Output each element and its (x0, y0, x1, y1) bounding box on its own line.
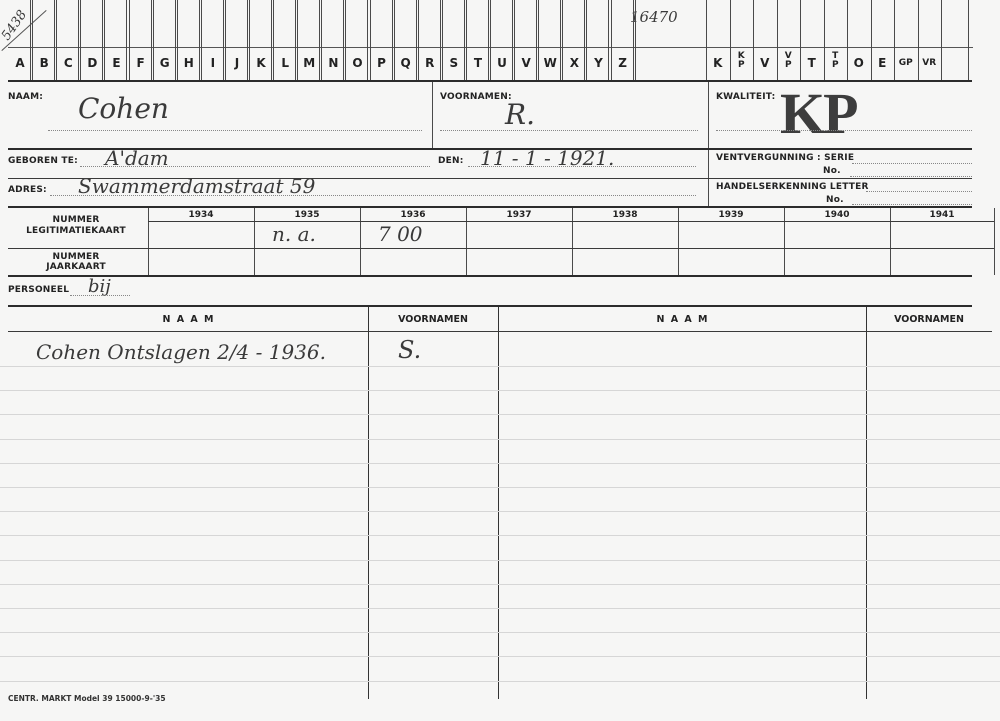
tab-divider (370, 0, 371, 80)
legitimatiekaart-1936: 7 00 (378, 222, 423, 246)
registry-divider (994, 208, 995, 275)
tab-divider (32, 0, 33, 80)
index-letter-h: H (177, 56, 201, 70)
year-1935: 1935 (254, 210, 360, 220)
ruled-line (0, 681, 1000, 682)
voornamen-label: VOORNAMEN: (440, 92, 512, 102)
year-1937: 1937 (466, 210, 572, 220)
index-letter-k: K (249, 56, 273, 70)
code-k: K (706, 56, 730, 70)
tab-divider (538, 0, 539, 80)
ruled-line (0, 511, 1000, 512)
tab-divider (418, 0, 419, 80)
den-line (468, 166, 696, 167)
tab-divider (490, 0, 491, 80)
year-1938: 1938 (572, 210, 678, 220)
index-letter-d: D (80, 56, 104, 70)
tab-divider (536, 0, 537, 80)
index-letter-p: P (370, 56, 394, 70)
label-line: JAARKAART (8, 262, 144, 272)
tab-divider (104, 0, 105, 80)
index-letter-n: N (321, 56, 345, 70)
kwaliteit-label: KWALITEIT: (716, 92, 775, 102)
col-naam-right: N A A M (498, 314, 866, 325)
index-letter-v: V (514, 56, 538, 70)
index-letter-w: W (538, 56, 562, 70)
tab-divider (80, 0, 81, 80)
handelserkenning-no-label: No. (826, 195, 844, 205)
divider (432, 82, 433, 148)
personnel-row-voornamen: S. (398, 336, 421, 364)
year-1941: 1941 (890, 210, 994, 220)
tab-divider (512, 0, 513, 80)
year-1940: 1940 (784, 210, 890, 220)
ventvergunning-no-label: No. (823, 166, 841, 176)
tab-divider (635, 0, 636, 80)
tab-divider (177, 0, 178, 80)
legitimatiekaart-label: NUMMER LEGITIMATIEKAART (8, 215, 144, 237)
form-footer: CENTR. MARKT Model 39 15000-9-'35 (8, 694, 166, 703)
ruled-line (0, 632, 1000, 633)
adres-label: ADRES: (8, 185, 47, 195)
index-letter-u: U (490, 56, 514, 70)
kwaliteit-line (716, 130, 972, 131)
tab-divider (343, 0, 344, 80)
personnel-table-top (8, 305, 972, 307)
tab-divider (560, 0, 561, 80)
index-letter-t: T (466, 56, 490, 70)
tab-divider (514, 0, 515, 80)
tab-divider (56, 0, 57, 80)
ruled-line (0, 439, 1000, 440)
registry-row-line (8, 248, 994, 249)
index-letter-m: M (297, 56, 321, 70)
tab-divider (941, 0, 942, 80)
year-1934: 1934 (148, 210, 254, 220)
tab-divider (562, 0, 563, 80)
code-kp: KP (730, 52, 754, 70)
tab-divider (129, 0, 130, 80)
tab-divider (223, 0, 224, 80)
ruled-line (0, 463, 1000, 464)
index-letter-c: C (56, 56, 80, 70)
ruled-line (0, 487, 1000, 488)
tab-divider (201, 0, 202, 80)
adres-line (50, 195, 696, 196)
tab-divider (608, 0, 609, 80)
index-letter-r: R (418, 56, 442, 70)
ventvergunning-label: VENTVERGUNNING : SERIE (716, 153, 854, 163)
ventvergunning-no-line (850, 176, 972, 177)
tab-divider (249, 0, 250, 80)
personnel-header-line (8, 331, 992, 332)
tab-divider (297, 0, 298, 80)
code-tp: TP (824, 52, 848, 70)
tab-divider (367, 0, 368, 80)
index-letter-z: Z (611, 56, 635, 70)
tab-divider (586, 0, 587, 80)
personeel-value: bij (88, 276, 111, 297)
code-o: O (847, 56, 871, 70)
tab-divider (918, 0, 919, 80)
index-letter-x: X (562, 56, 586, 70)
geboren-label: GEBOREN TE: (8, 156, 78, 166)
index-letter-o: O (345, 56, 369, 70)
tab-divider (611, 0, 612, 80)
tab-divider (273, 0, 274, 80)
year-1939: 1939 (678, 210, 784, 220)
voornamen-value: R. (505, 98, 535, 131)
ruled-line (0, 584, 1000, 585)
index-letter-a: A (8, 56, 32, 70)
tab-divider (54, 0, 55, 80)
tab-divider (584, 0, 585, 80)
personeel-label: PERSONEEL (8, 285, 69, 295)
geboren-line (80, 166, 430, 167)
ventvergunning-line (852, 163, 972, 164)
tab-divider (126, 0, 127, 80)
tab-divider (466, 0, 467, 80)
index-letter-l: L (273, 56, 297, 70)
personnel-row-naam: Cohen Ontslagen 2/4 - 1936. (36, 340, 326, 364)
tab-divider (271, 0, 272, 80)
registry-top-border (8, 206, 972, 208)
index-letter-y: Y (586, 56, 610, 70)
kwaliteit-stamp: KP (780, 80, 857, 147)
handelserkenning-no-line (852, 204, 972, 205)
handelserkenning-label: HANDELSERKENNING LETTER (716, 182, 869, 192)
ruled-line (0, 366, 1000, 367)
ruled-line (0, 560, 1000, 561)
handelserkenning-line (866, 191, 972, 192)
col-naam-left: N A A M (8, 314, 368, 325)
tab-divider (321, 0, 322, 80)
index-letter-i: I (201, 56, 225, 70)
ruled-line (0, 608, 1000, 609)
naam-label: NAAM: (8, 92, 43, 102)
code-vp: VP (777, 52, 801, 70)
index-card: 5438 16470 NAAM: Cohen VOORNAMEN: R. KWA… (0, 0, 1000, 721)
code-t: T (800, 56, 824, 70)
tab-divider (394, 0, 395, 80)
tab-divider (894, 0, 895, 80)
index-letter-g: G (153, 56, 177, 70)
tab-divider (488, 0, 489, 80)
tab-divider (633, 0, 634, 80)
tab-divider (464, 0, 465, 80)
ruled-line (0, 390, 1000, 391)
index-letter-b: B (32, 56, 56, 70)
tab-divider (319, 0, 320, 80)
naam-value: Cohen (78, 92, 169, 125)
code-vr: VR (918, 58, 942, 68)
index-letter-s: S (442, 56, 466, 70)
jaarkaart-label: NUMMER JAARKAART (8, 252, 144, 272)
index-letter-q: Q (394, 56, 418, 70)
col-voornamen-left: VOORNAMEN (368, 314, 498, 325)
label-line: LEGITIMATIEKAART (8, 226, 144, 237)
code-e: E (871, 56, 895, 70)
tab-divider (247, 0, 248, 80)
index-letter-j: J (225, 56, 249, 70)
tab-divider (225, 0, 226, 80)
tab-divider (153, 0, 154, 80)
ruled-line (0, 414, 1000, 415)
tab-divider (345, 0, 346, 80)
tab-divider (295, 0, 296, 80)
tab-divider (78, 0, 79, 80)
year-1936: 1936 (360, 210, 466, 220)
code-gp: GP (894, 58, 918, 68)
registry-bottom-border (8, 275, 972, 277)
ruled-line (0, 656, 1000, 657)
label-line: NUMMER (8, 215, 144, 226)
ruled-line (0, 535, 1000, 536)
divider (708, 82, 709, 148)
tab-divider (442, 0, 443, 80)
code-v: V (753, 56, 777, 70)
row-border (708, 178, 972, 179)
legitimatiekaart-1935: n. a. (272, 222, 316, 246)
col-voornamen-right: VOORNAMEN (866, 314, 992, 325)
label-line: NUMMER (8, 252, 144, 262)
personeel-line (70, 295, 130, 296)
tab-divider (102, 0, 103, 80)
tab-divider (968, 0, 969, 80)
index-letter-f: F (129, 56, 153, 70)
naam-line (48, 130, 422, 131)
den-label: DEN: (438, 156, 464, 166)
file-number-annotation: 16470 (630, 8, 678, 26)
index-letter-e: E (104, 56, 128, 70)
voornamen-line (440, 130, 698, 131)
tab-divider (30, 0, 31, 80)
